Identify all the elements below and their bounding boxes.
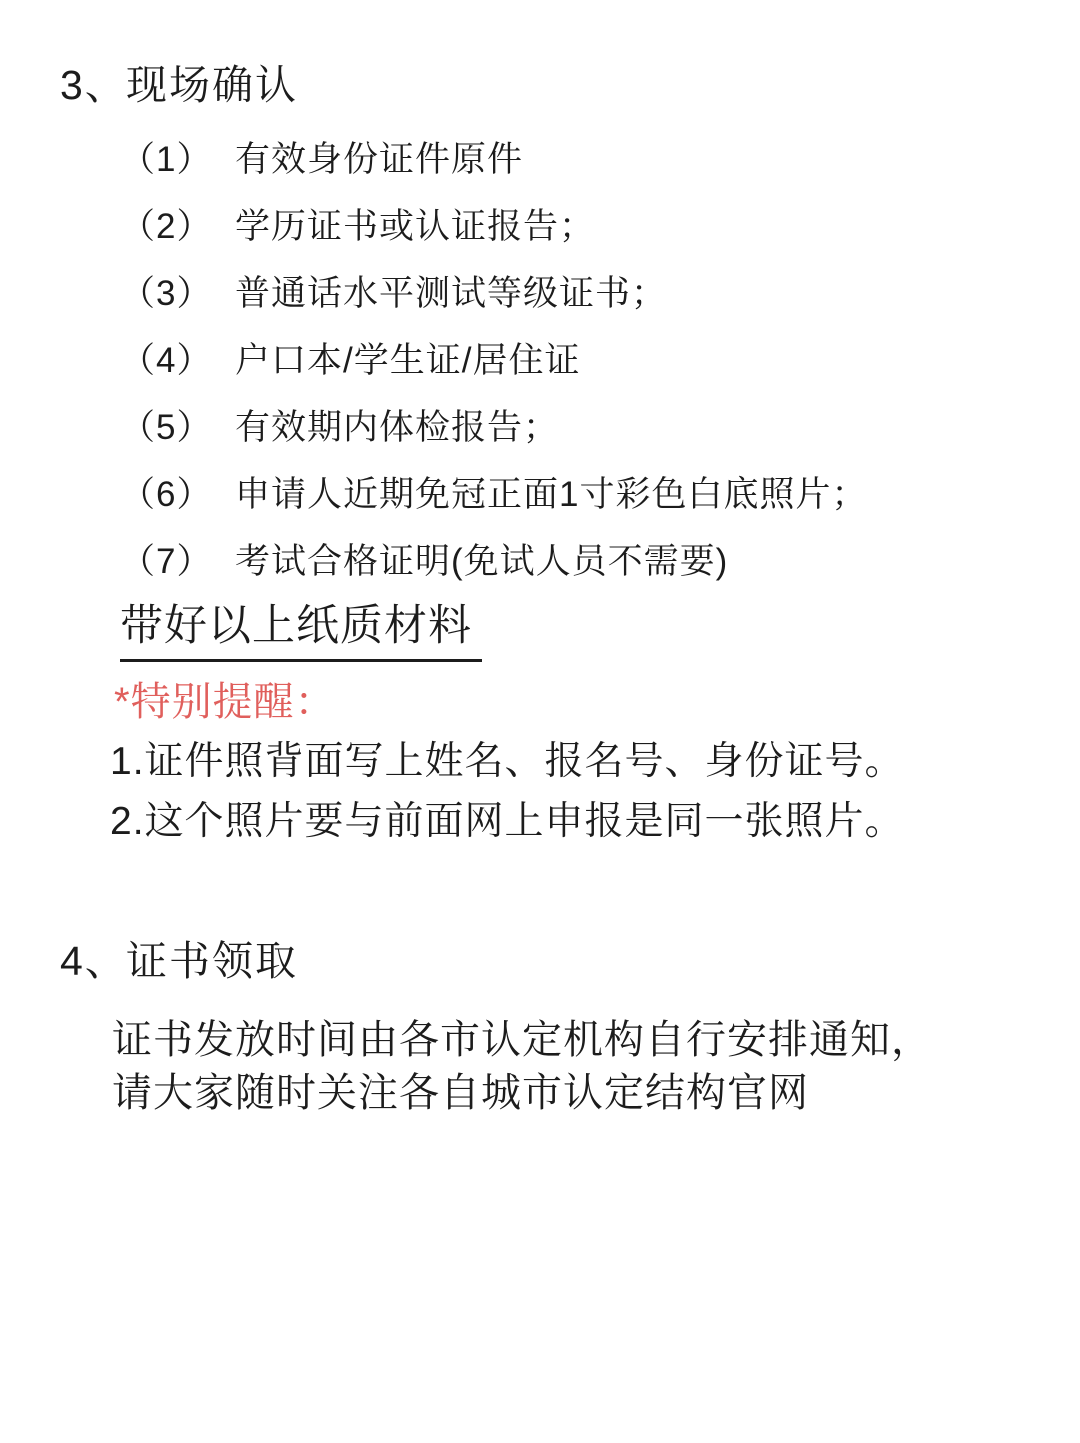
list-item-number: （1） bbox=[120, 140, 186, 180]
list-item: （4） 户口本/学生证/居住证 bbox=[120, 341, 867, 381]
list-item-text: 有效期内体检报告； bbox=[235, 408, 559, 448]
special-reminder-notes: 1.证件照背面写上姓名、报名号、身份证号。 2.这个照片要与前面网上申报是同一张… bbox=[110, 732, 905, 852]
list-item: （1） 有效身份证件原件 bbox=[120, 140, 867, 180]
section-3-title: 现场确认 bbox=[126, 52, 298, 111]
list-item: （6） 申请人近期免冠正面1寸彩色白底照片； bbox=[120, 475, 867, 515]
list-item-number: （7） bbox=[120, 542, 186, 582]
list-item: （2） 学历证书或认证报告； bbox=[120, 207, 867, 247]
list-item-text: 户口本/学生证/居住证 bbox=[235, 341, 580, 381]
list-item: （5） 有效期内体检报告； bbox=[120, 408, 867, 448]
special-reminder-title: *特别提醒： bbox=[114, 670, 336, 727]
list-item-text: 考试合格证明(免试人员不需要) bbox=[235, 542, 728, 582]
list-item-text: 申请人近期免冠正面1寸彩色白底照片； bbox=[235, 475, 867, 515]
list-item: （3） 普通话水平测试等级证书； bbox=[120, 274, 867, 314]
section-4-number: 4、 bbox=[60, 928, 126, 987]
notice-document: 3、 现场确认 （1） 有效身份证件原件 （2） 学历证书或认证报告； （3） … bbox=[0, 0, 1080, 1443]
materials-list: （1） 有效身份证件原件 （2） 学历证书或认证报告； （3） 普通话水平测试等… bbox=[120, 140, 867, 609]
list-item-number: （4） bbox=[120, 341, 186, 381]
reminder-note-1: 1.证件照背面写上姓名、报名号、身份证号。 bbox=[110, 732, 905, 792]
list-item-number: （3） bbox=[120, 274, 186, 314]
list-item-number: （6） bbox=[120, 475, 186, 515]
list-item: （7） 考试合格证明(免试人员不需要) bbox=[120, 542, 867, 582]
certificate-body-line-1: 证书发放时间由各市认定机构自行安排通知， bbox=[112, 1014, 932, 1067]
reminder-note-2: 2.这个照片要与前面网上申报是同一张照片。 bbox=[110, 792, 905, 852]
section-4-heading: 4、 证书领取 bbox=[60, 928, 298, 987]
certificate-body: 证书发放时间由各市认定机构自行安排通知， 请大家随时关注各自城市认定结构官网 bbox=[112, 1014, 932, 1120]
list-item-number: （2） bbox=[120, 207, 186, 247]
list-item-text: 学历证书或认证报告； bbox=[235, 207, 595, 247]
section-3-number: 3、 bbox=[60, 52, 126, 111]
section-4-title: 证书领取 bbox=[126, 928, 298, 987]
list-item-number: （5） bbox=[120, 408, 186, 448]
section-3-heading: 3、 现场确认 bbox=[60, 52, 298, 111]
list-item-text: 有效身份证件原件 bbox=[235, 140, 523, 180]
bring-materials-note: 带好以上纸质材料 bbox=[120, 592, 482, 662]
certificate-body-line-2: 请大家随时关注各自城市认定结构官网 bbox=[112, 1067, 932, 1120]
list-item-text: 普通话水平测试等级证书； bbox=[235, 274, 667, 314]
